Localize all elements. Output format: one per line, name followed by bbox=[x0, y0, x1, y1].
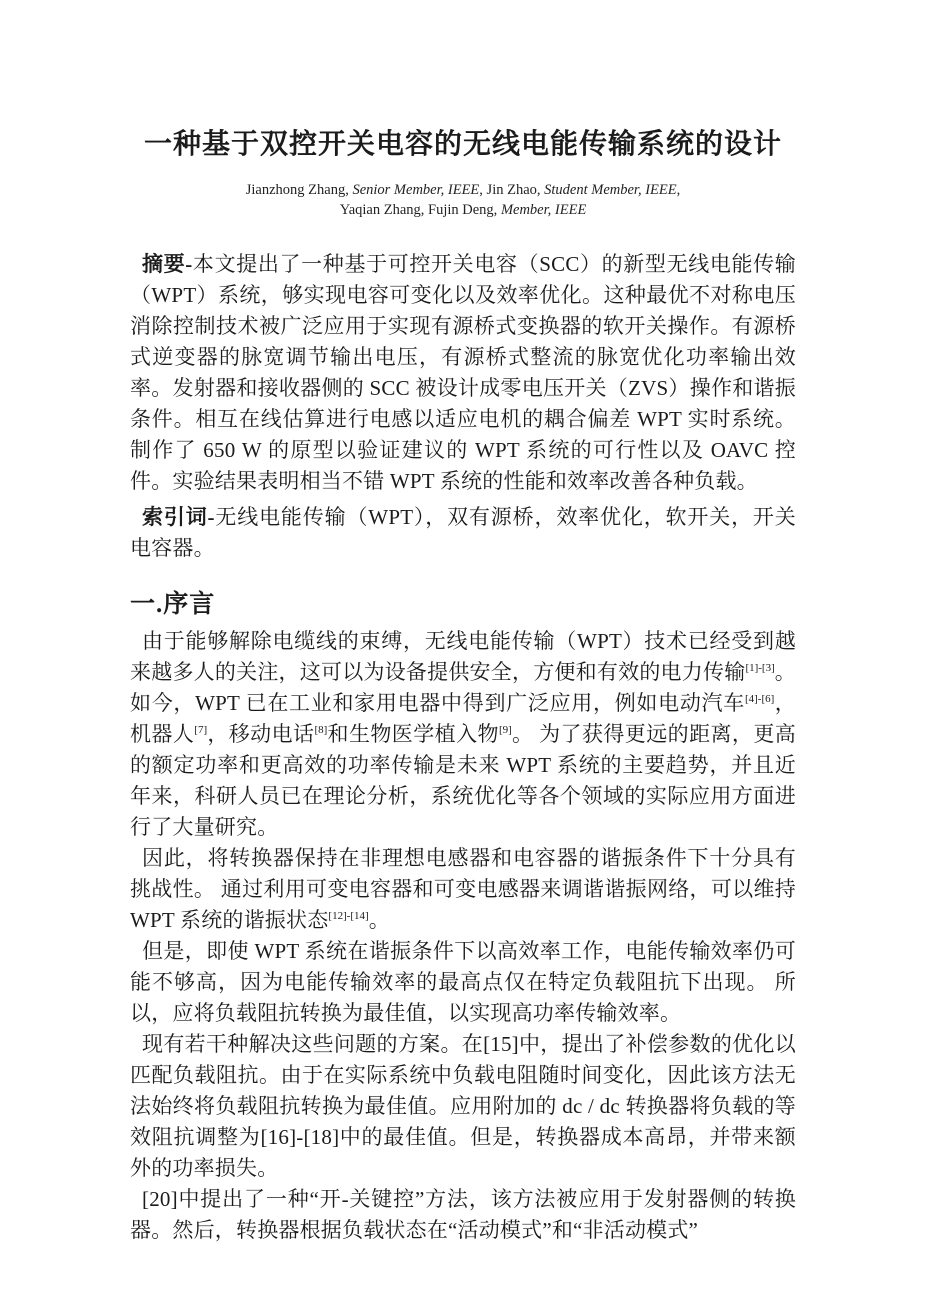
section-heading-introduction: 一.序言 bbox=[130, 590, 796, 620]
index-terms-label: 索引词- bbox=[142, 505, 215, 529]
author-name-text: Jianzhong Zhang, bbox=[246, 182, 353, 198]
author-name-text: , Jin Zhao, bbox=[479, 182, 544, 198]
abstract-text: 本文提出了一种基于可控开关电容（SCC）的新型无线电能传输（WPT）系统，够实现… bbox=[130, 252, 796, 493]
paragraph-text: 由于能够解除电缆线的束缚，无线电能传输（WPT）技术已经受到越来越多人的关注，这… bbox=[130, 629, 796, 684]
abstract-label: 摘要- bbox=[142, 252, 192, 276]
index-terms-text: 无线电能传输（WPT），双有源桥，效率优化，软开关，开关电容器。 bbox=[130, 505, 796, 560]
author-membership-text: Student Member, IEEE bbox=[544, 182, 676, 198]
authors-line-1: Jianzhong Zhang, Senior Member, IEEE, Ji… bbox=[130, 180, 796, 200]
authors-line-2: Yaqian Zhang, Fujin Deng, Member, IEEE bbox=[130, 200, 796, 220]
introduction-body: 由于能够解除电缆线的束缚，无线电能传输（WPT）技术已经受到越来越多人的关注，这… bbox=[130, 626, 796, 1246]
reference-superscript: [12]-[14] bbox=[328, 910, 368, 922]
index-terms-paragraph: 索引词-无线电能传输（WPT），双有源桥，效率优化，软开关，开关电容器。 bbox=[130, 502, 796, 564]
paragraph-1: 由于能够解除电缆线的束缚，无线电能传输（WPT）技术已经受到越来越多人的关注，这… bbox=[130, 626, 796, 843]
paper-title: 一种基于双控开关电容的无线电能传输系统的设计 bbox=[130, 128, 796, 162]
paragraph-3: 但是，即使 WPT 系统在谐振条件下以高效率工作，电能传输效率仍可能不够高，因为… bbox=[130, 936, 796, 1029]
author-membership-text: Senior Member, IEEE bbox=[352, 182, 479, 198]
paragraph-text: ，移动电话 bbox=[207, 722, 314, 746]
paragraph-text: 。 bbox=[369, 908, 390, 932]
author-block: Jianzhong Zhang, Senior Member, IEEE, Ji… bbox=[130, 180, 796, 220]
reference-superscript: [9] bbox=[499, 724, 512, 736]
author-membership-text: Member, IEEE bbox=[501, 202, 586, 218]
author-name-text: Yaqian Zhang, Fujin Deng, bbox=[340, 202, 501, 218]
reference-superscript: [4]-[6] bbox=[745, 693, 774, 705]
author-name-text: , bbox=[677, 182, 681, 198]
reference-superscript: [7] bbox=[194, 724, 207, 736]
paragraph-text: 因此，将转换器保持在非理想电感器和电容器的谐振条件下十分具有挑战性。 通过利用可… bbox=[130, 846, 796, 932]
reference-superscript: [8] bbox=[314, 724, 327, 736]
paragraph-5: [20]中提出了一种“开-关键控”方法，该方法被应用于发射器侧的转换器。然后，转… bbox=[130, 1184, 796, 1246]
reference-superscript: [1]-[3] bbox=[745, 662, 774, 674]
paragraph-2: 因此，将转换器保持在非理想电感器和电容器的谐振条件下十分具有挑战性。 通过利用可… bbox=[130, 843, 796, 936]
abstract-paragraph: 摘要-本文提出了一种基于可控开关电容（SCC）的新型无线电能传输（WPT）系统，… bbox=[130, 249, 796, 497]
page-content: 一种基于双控开关电容的无线电能传输系统的设计 Jianzhong Zhang, … bbox=[130, 0, 796, 1246]
document-page: 一种基于双控开关电容的无线电能传输系统的设计 Jianzhong Zhang, … bbox=[0, 0, 925, 1309]
paragraph-text: 和生物医学植入物 bbox=[327, 722, 499, 746]
abstract-section: 摘要-本文提出了一种基于可控开关电容（SCC）的新型无线电能传输（WPT）系统，… bbox=[130, 249, 796, 564]
paragraph-4: 现有若干种解决这些问题的方案。在[15]中，提出了补偿参数的优化以匹配负载阻抗。… bbox=[130, 1029, 796, 1184]
